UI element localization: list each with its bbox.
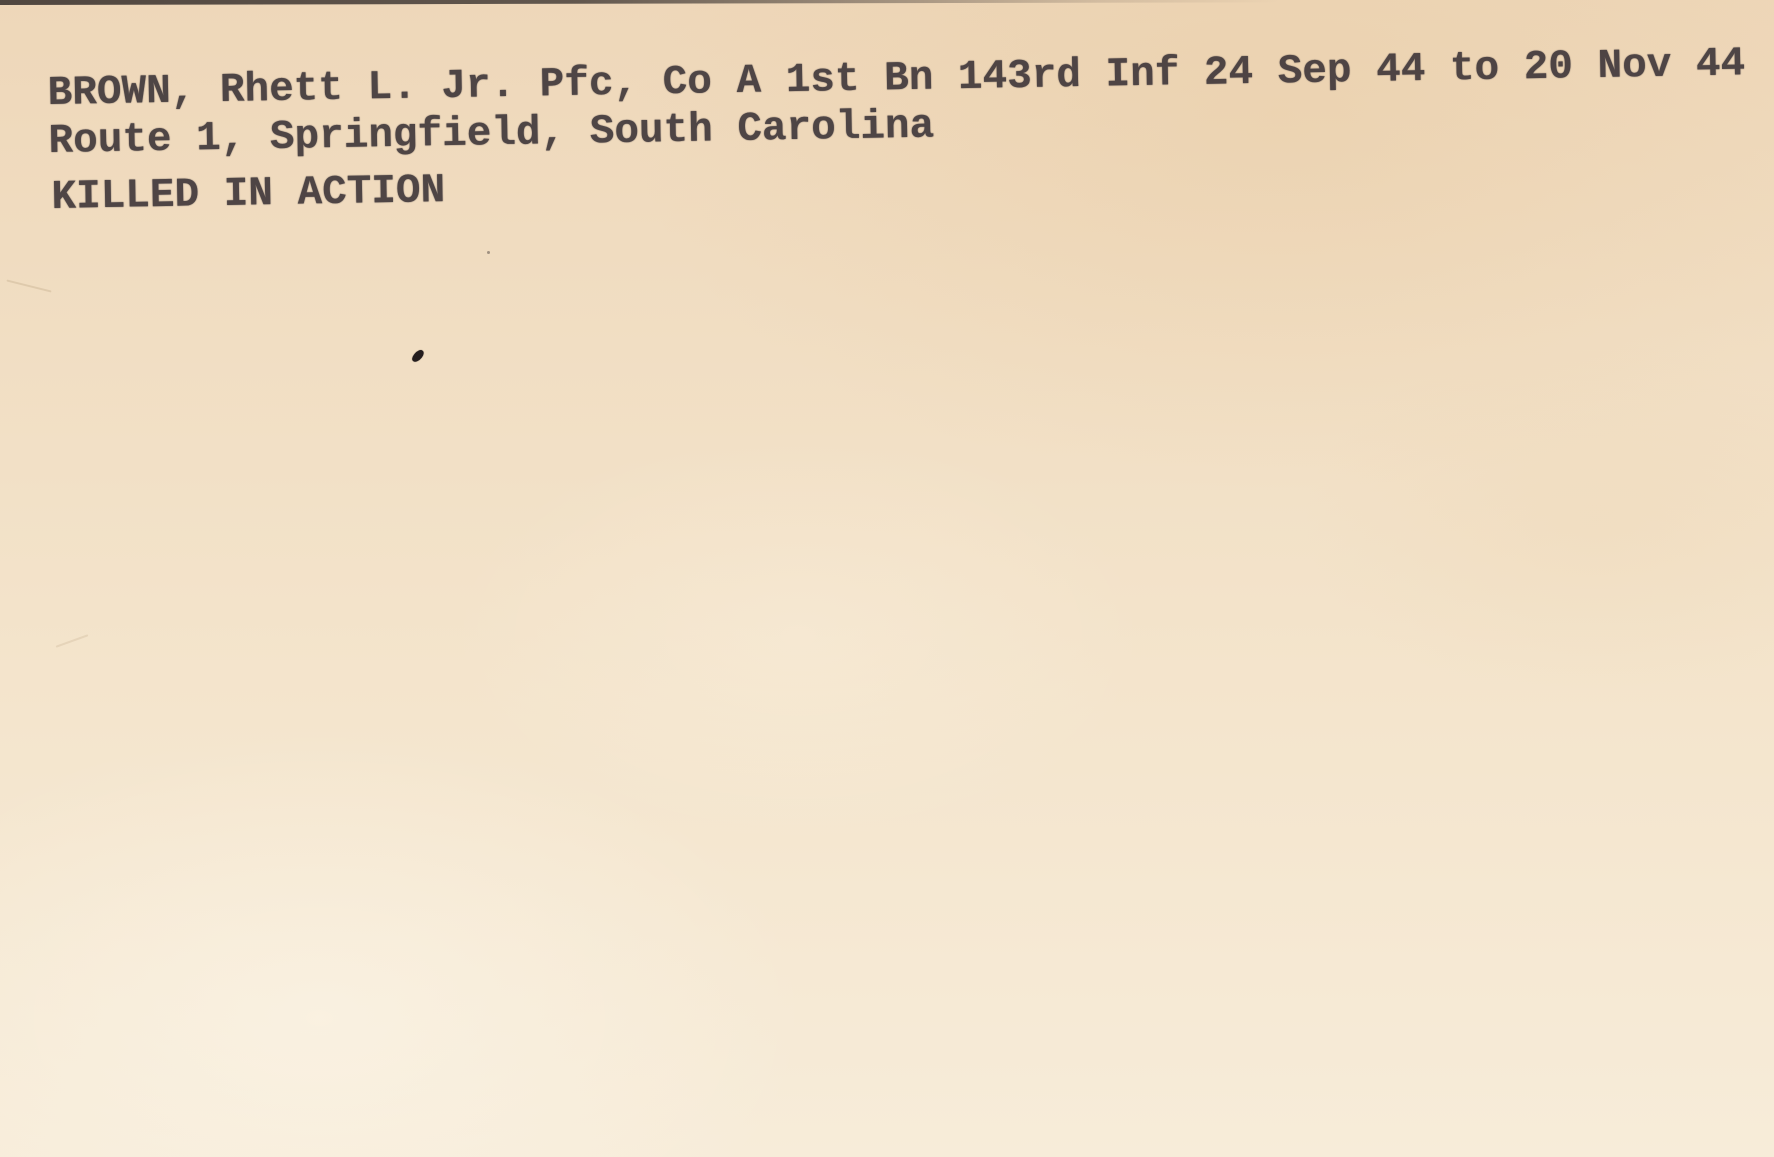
typewritten-text-block: BROWN, Rhett L. Jr. Pfc, Co A 1st Bn 143…	[0, 0, 1774, 1157]
card-line-address: Route 1, Springfield, South Carolina	[48, 107, 934, 163]
small-ink-dot	[487, 251, 490, 254]
index-card: BROWN, Rhett L. Jr. Pfc, Co A 1st Bn 143…	[0, 0, 1774, 1157]
card-line-casualty-status: KILLED IN ACTION	[51, 171, 445, 219]
